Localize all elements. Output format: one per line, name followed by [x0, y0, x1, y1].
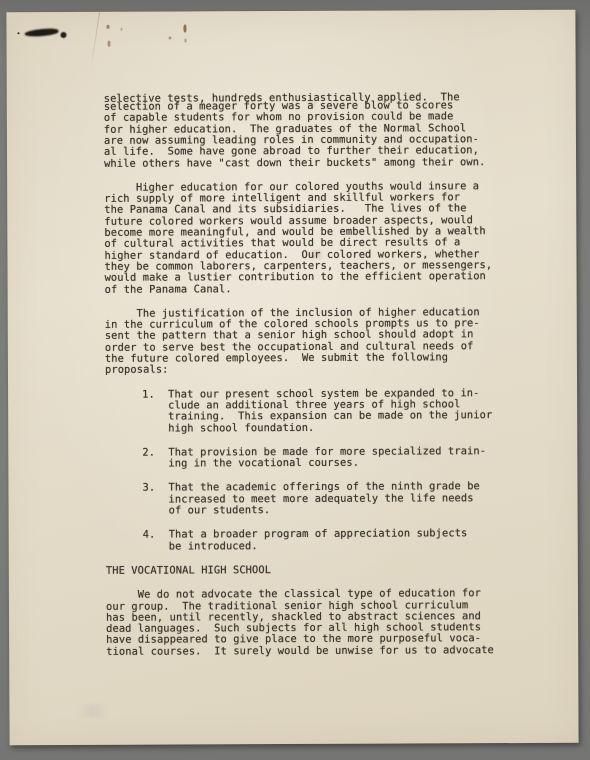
proposal-item-1: 1. That our present school system be exp… — [105, 388, 535, 435]
rust-speck — [183, 24, 186, 32]
proposal-text: That provision be made for more speciali… — [168, 446, 535, 470]
ink-dot-mark — [60, 32, 66, 38]
proposal-text: That a broader program of appreciation s… — [169, 528, 536, 552]
rust-speck — [108, 41, 111, 47]
proposal-item-3: 3. That the academic offerings of the ni… — [105, 481, 535, 517]
proposal-item-4: 4. That a broader program of appreciatio… — [106, 528, 536, 552]
proposal-item-2: 2. That provision be made for more speci… — [105, 446, 535, 470]
proposal-number: 2. — [142, 447, 155, 458]
rust-speck — [185, 38, 187, 42]
paper-stain — [69, 704, 115, 718]
paper-crease — [90, 12, 100, 71]
ink-speck-mark — [17, 32, 19, 34]
proposal-number: 1. — [142, 389, 155, 400]
proposal-number: 4. — [143, 530, 156, 541]
ink-smudge-mark — [24, 28, 58, 38]
rust-speck — [106, 25, 109, 29]
paragraph-closing: We do not advocate the classical type of… — [106, 588, 536, 658]
rust-speck — [169, 37, 172, 40]
proposal-text: That the academic offerings of the ninth… — [168, 481, 535, 516]
rust-speck — [120, 28, 122, 31]
section-heading: THE VOCATIONAL HIGH SCHOOL — [106, 564, 536, 577]
typewritten-text: selective tests, hundreds enthusiastical… — [104, 92, 537, 671]
scanner-background: selective tests, hundreds enthusiastical… — [0, 0, 590, 760]
proposal-text: That our present school system be expand… — [168, 388, 535, 435]
paragraph-lines: selection of a meager forty was a severe… — [104, 100, 534, 170]
paragraph-continuation: selective tests, hundreds enthusiastical… — [104, 92, 534, 170]
document-page: selective tests, hundreds enthusiastical… — [6, 10, 578, 745]
paragraph-higher-education: Higher education for our colored youths … — [104, 181, 534, 296]
proposal-number: 3. — [142, 483, 155, 494]
paragraph-justification: The justification of the inclusion of hi… — [105, 307, 535, 377]
